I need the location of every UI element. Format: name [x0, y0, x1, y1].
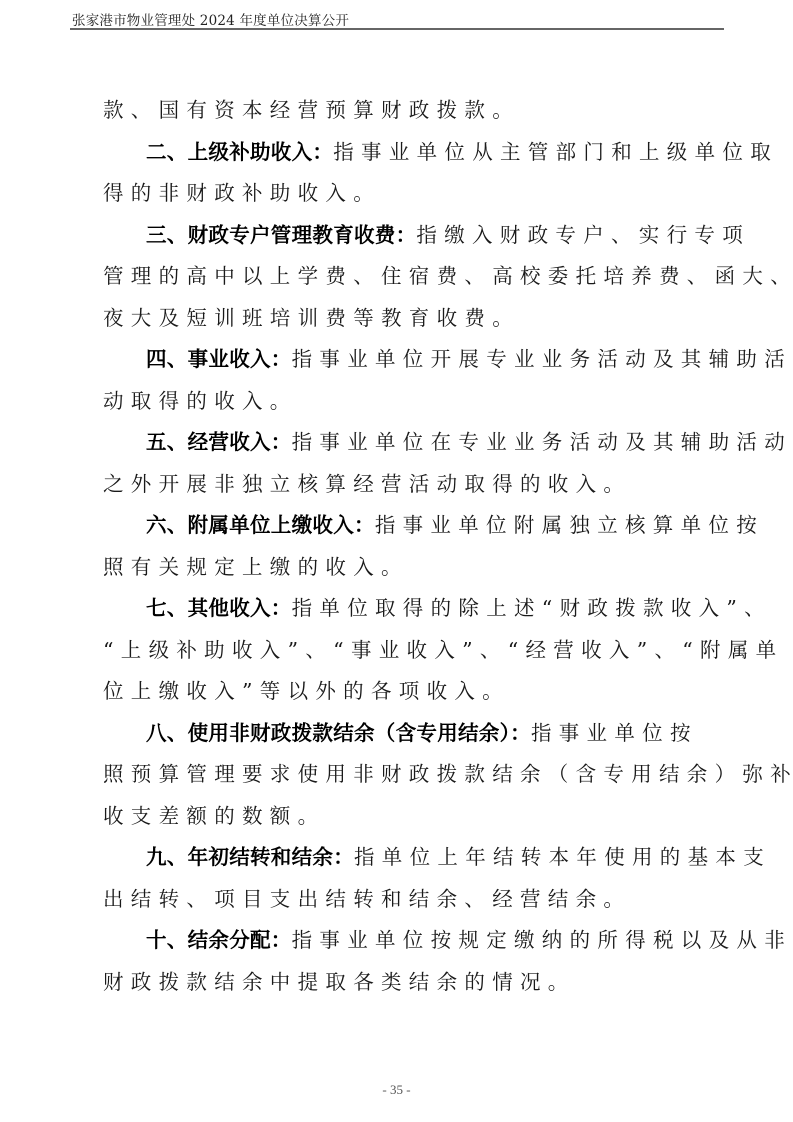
paragraph-line: 照预算管理要求使用非财政拨款结余（含专用结余）弥补当年: [103, 753, 703, 795]
body-text: 照有关规定上缴的收入。: [103, 555, 409, 579]
paragraph-line: 位上缴收入”等以外的各项收入。: [103, 670, 703, 712]
paragraph-line: 九、年初结转和结余：指单位上年结转本年使用的基本支: [146, 836, 746, 878]
body-text: 指缴入财政专户、实行专项: [416, 223, 750, 247]
section-heading: 五、经营收入：: [146, 430, 292, 454]
section-heading: 八、使用非财政拨款结余（含专用结余）：: [146, 721, 531, 745]
paragraph-line: 六、附属单位上缴收入：指事业单位附属独立核算单位按: [146, 504, 746, 546]
body-text: 指事业单位附属独立核算单位按: [375, 513, 764, 537]
section-heading: 七、其他收入：: [146, 596, 292, 620]
body-text: 之外开展非独立核算经营活动取得的收入。: [103, 472, 631, 496]
page-number: - 35 -: [0, 1082, 793, 1098]
paragraph-line: “上级补助收入”、“事业收入”、“经营收入”、“附属单: [103, 629, 703, 671]
body-text: 指事业单位按规定缴纳的所得税以及从非: [292, 928, 792, 952]
section-heading: 九、年初结转和结余：: [146, 845, 354, 869]
section-heading: 六、附属单位上缴收入：: [146, 513, 375, 537]
paragraph-line: 八、使用非财政拨款结余（含专用结余）：指事业单位按: [146, 712, 746, 754]
paragraph-line: 四、事业收入：指事业单位开展专业业务活动及其辅助活: [146, 338, 746, 380]
header-divider: [70, 28, 724, 30]
paragraph-line: 出结转、项目支出结转和结余、经营结余。: [103, 878, 703, 920]
section-heading: 四、事业收入：: [146, 347, 292, 371]
section-heading: 三、财政专户管理教育收费：: [146, 223, 416, 247]
paragraph-line: 得的非财政补助收入。: [103, 172, 703, 214]
paragraph-line: 十、结余分配：指事业单位按规定缴纳的所得税以及从非: [146, 919, 746, 961]
body-text: 得的非财政补助收入。: [103, 181, 381, 205]
paragraph-line: 七、其他收入：指单位取得的除上述“财政拨款收入”、: [146, 587, 746, 629]
paragraph-line: 动取得的收入。: [103, 380, 703, 422]
body-text: 收支差额的数额。: [103, 804, 325, 828]
body-text: 出结转、项目支出结转和结余、经营结余。: [103, 887, 631, 911]
section-heading: 二、上级补助收入：: [146, 140, 333, 164]
body-text: 管理的高中以上学费、住宿费、高校委托培养费、函大、电大、: [103, 264, 793, 288]
paragraph-line: 三、财政专户管理教育收费：指缴入财政专户、实行专项: [146, 214, 746, 256]
body-text: 指单位上年结转本年使用的基本支: [354, 845, 771, 869]
paragraph-line: 财政拨款结余中提取各类结余的情况。: [103, 961, 703, 1003]
body-text: 财政拨款结余中提取各类结余的情况。: [103, 970, 576, 994]
section-heading: 十、结余分配：: [146, 928, 292, 952]
paragraph-line: 之外开展非独立核算经营活动取得的收入。: [103, 463, 703, 505]
paragraph-line: 照有关规定上缴的收入。: [103, 546, 703, 588]
paragraph-line: 夜大及短训班培训费等教育收费。: [103, 297, 703, 339]
body-text: 位上缴收入”等以外的各项收入。: [103, 679, 510, 703]
paragraph-line: 五、经营收入：指事业单位在专业业务活动及其辅助活动: [146, 421, 746, 463]
paragraph-line: 管理的高中以上学费、住宿费、高校委托培养费、函大、电大、: [103, 255, 703, 297]
body-text: 夜大及短训班培训费等教育收费。: [103, 306, 520, 330]
body-text: 指事业单位开展专业业务活动及其辅助活: [292, 347, 792, 371]
paragraph-line: 二、上级补助收入：指事业单位从主管部门和上级单位取: [146, 131, 746, 173]
body-text: 动取得的收入。: [103, 389, 298, 413]
body-text: “上级补助收入”、“事业收入”、“经营收入”、“附属单: [103, 638, 783, 662]
header-title: 张家港市物业管理处 2024 年度单位决算公开: [72, 9, 349, 29]
body-text: 指事业单位在专业业务活动及其辅助活动: [292, 430, 792, 454]
body-text: 款、国有资本经营预算财政拨款。: [103, 98, 520, 122]
paragraph-line: 收支差额的数额。: [103, 795, 703, 837]
body-text: 指单位取得的除上述“财政拨款收入”、: [292, 596, 772, 620]
body-text: 照预算管理要求使用非财政拨款结余（含专用结余）弥补当年: [103, 762, 793, 786]
paragraph-line: 款、国有资本经营预算财政拨款。: [103, 89, 703, 131]
body-text: 指事业单位按: [531, 721, 698, 745]
body-text: 指事业单位从主管部门和上级单位取: [333, 140, 778, 164]
